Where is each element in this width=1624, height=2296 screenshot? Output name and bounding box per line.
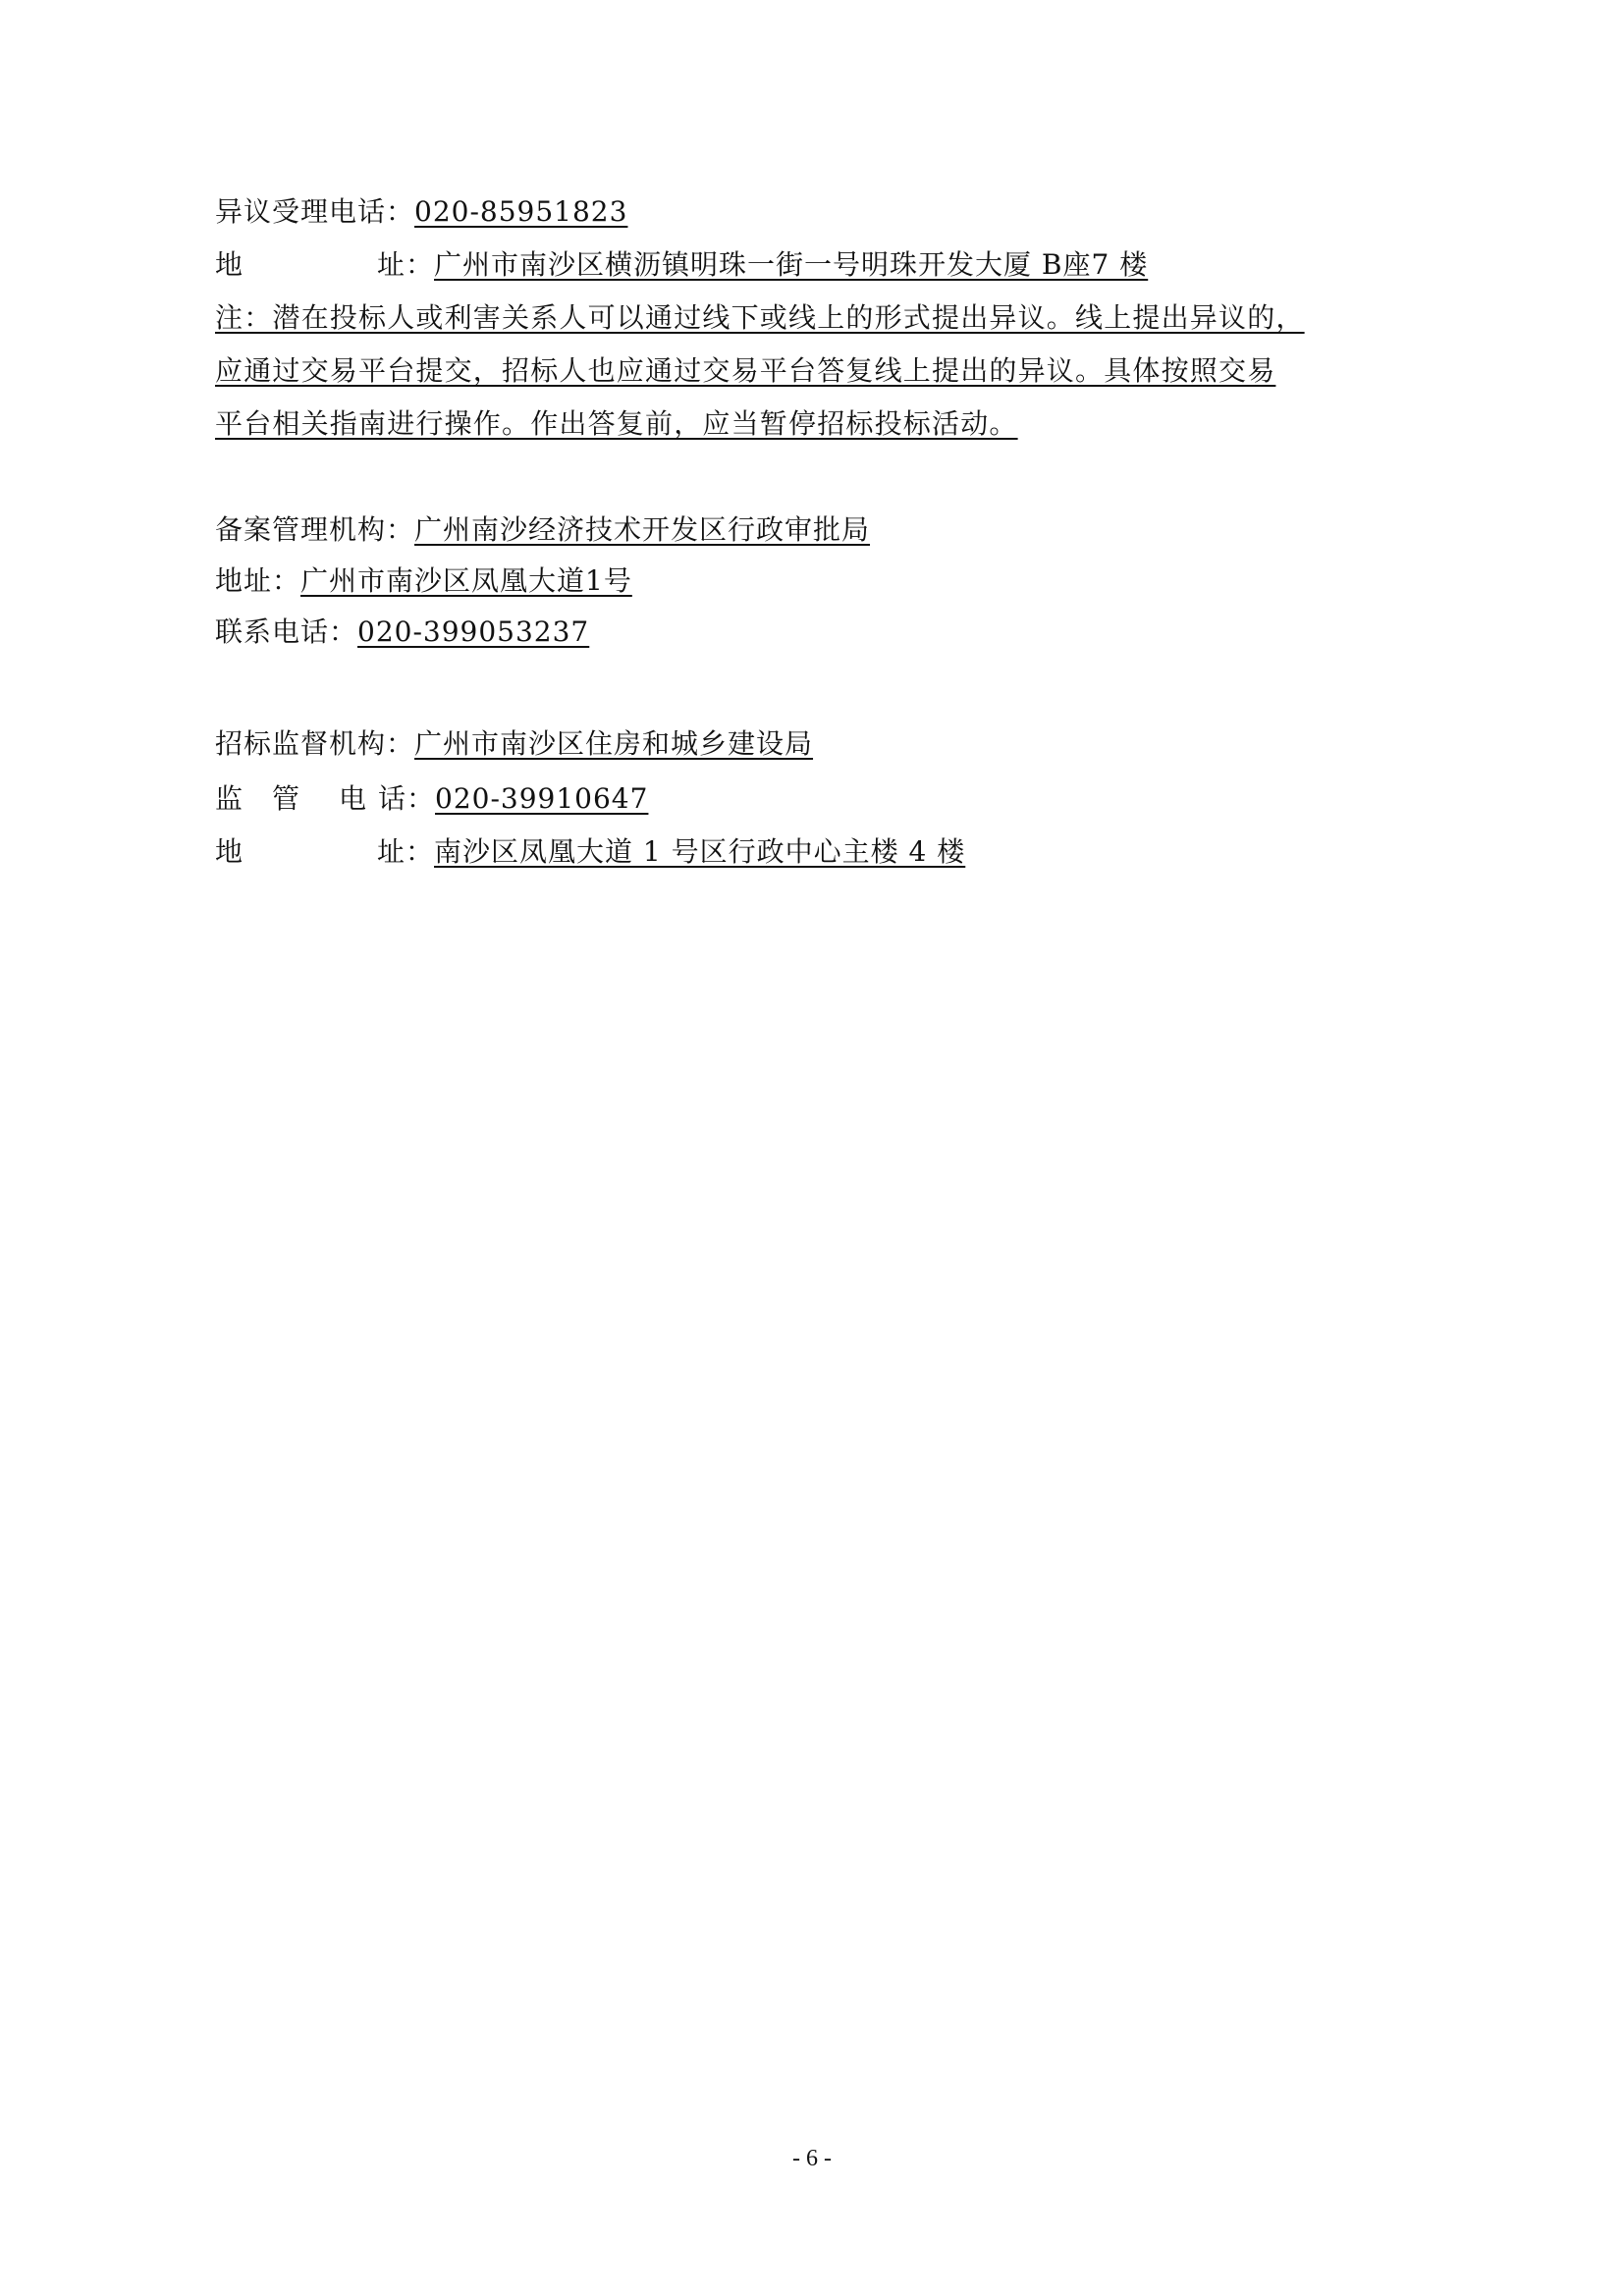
supervision-address-line: 地址：南沙区凤凰大道 1 号区行政中心主楼 4 楼 [215,834,965,870]
page-number: - 6 - [0,2146,1624,2172]
objection-phone-label: 异议受理电话： [215,195,414,228]
objection-address-line: 地址：广州市南沙区横沥镇明珠一街一号明珠开发大厦 B座7 楼 [215,247,1148,283]
supervision-phone-value: 020-39910647 [435,782,648,815]
filing-address-value: 广州市南沙区凤凰大道1号 [300,564,632,597]
supervision-phone-label-char-2: 管 [272,781,339,817]
supervision-address-label-right: 址： [377,835,434,868]
supervision-agency-value: 广州市南沙区住房和城乡建设局 [414,727,813,760]
objection-note-line-2: 应通过交易平台提交，招标人也应通过交易平台答复线上提出的异议。具体按照交易 [215,353,1442,389]
supervision-agency-label: 招标监督机构： [215,727,414,760]
supervision-address-label-left: 地 [215,834,377,870]
filing-agency-line: 备案管理机构：广州南沙经济技术开发区行政审批局 [215,512,870,548]
objection-phone-value: 020-85951823 [414,195,627,228]
objection-address-label-right: 址： [377,248,434,281]
objection-note-line-3: 平台相关指南进行操作。作出答复前，应当暂停招标投标活动。 [215,406,1442,442]
supervision-phone-label-char-1: 监 [215,781,272,817]
filing-phone-value: 020-399053237 [357,615,589,648]
supervision-address-value: 南沙区凤凰大道 1 号区行政中心主楼 4 楼 [434,835,965,868]
filing-phone-line: 联系电话：020-399053237 [215,614,589,650]
filing-agency-label: 备案管理机构： [215,513,414,546]
supervision-phone-label-char-3: 电 [339,781,378,817]
objection-phone-line: 异议受理电话：020-85951823 [215,194,627,230]
filing-phone-label: 联系电话： [215,615,357,648]
supervision-phone-line: 监管电话：020-39910647 [215,781,648,817]
objection-address-value: 广州市南沙区横沥镇明珠一街一号明珠开发大厦 B座7 楼 [434,248,1148,281]
filing-address-label: 地址： [215,564,300,597]
objection-note-line-1: 注：潜在投标人或利害关系人可以通过线下或线上的形式提出异议。线上提出异议的， [215,300,1442,336]
supervision-phone-label-char-4: 话： [378,782,435,815]
supervision-agency-line: 招标监督机构：广州市南沙区住房和城乡建设局 [215,726,813,762]
filing-address-line: 地址：广州市南沙区凤凰大道1号 [215,563,632,599]
filing-agency-value: 广州南沙经济技术开发区行政审批局 [414,513,870,546]
objection-address-label-left: 地 [215,247,377,283]
